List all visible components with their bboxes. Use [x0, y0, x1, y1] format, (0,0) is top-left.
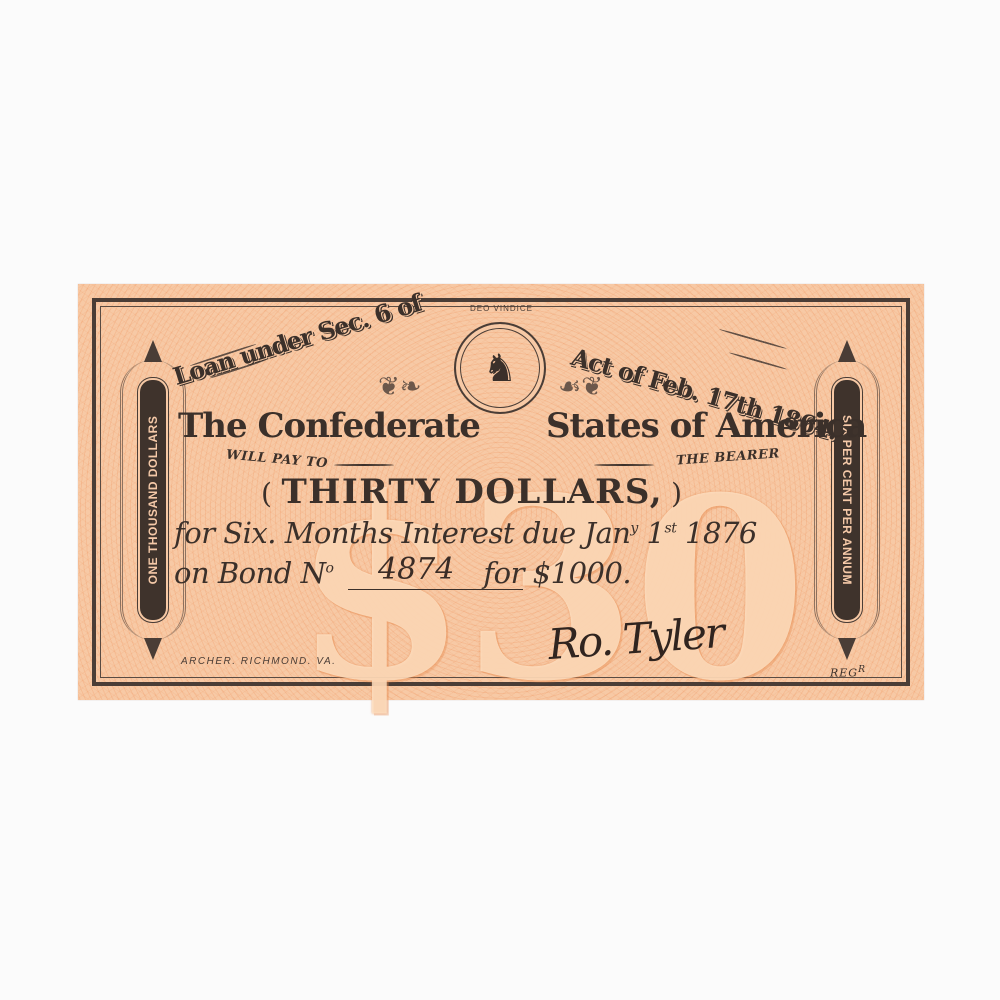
right-ornamental-panel: SIX PER CENT PER ANNUM: [828, 340, 866, 660]
finial-icon: [144, 340, 162, 362]
seal-motto: DEO VINDICE: [470, 304, 533, 313]
scrollwork-ornament-icon: ❦❧: [378, 372, 422, 402]
bond-number-handwritten: 4874: [378, 552, 454, 587]
finial-icon: [838, 638, 856, 660]
registrar-text: REG: [830, 667, 858, 680]
interest-year: 1876: [676, 516, 757, 550]
finial-icon: [144, 638, 162, 660]
left-panel-text: ONE THOUSAND DOLLARS: [146, 416, 160, 585]
amount-line: (THIRTY DOLLARS,): [253, 472, 692, 512]
finial-icon: [838, 340, 856, 362]
left-ornamental-panel: ONE THOUSAND DOLLARS: [134, 340, 172, 660]
registrar-label: REGR: [830, 664, 866, 680]
interest-sup: st: [665, 520, 677, 536]
registrar-sup: R: [858, 664, 866, 675]
paren-open: (: [261, 477, 273, 510]
paren-close: ): [671, 477, 683, 510]
interest-day: 1: [638, 516, 665, 550]
interest-due-line: for Six. Months Interest due Jany 1st 18…: [174, 516, 757, 550]
bond-face-value: for $1000.: [483, 556, 631, 590]
bond-prefix: on Bond N: [174, 556, 325, 590]
issuer-right: States of America: [546, 406, 866, 446]
printer-imprint: ARCHER. RICHMOND. VA.: [181, 656, 336, 667]
issuer-left: The Confederate: [178, 406, 480, 446]
confederate-seal: ♞: [454, 322, 546, 414]
bond-coupon: $30 ONE THOUSAND DOLLARS SIX PER CENT PE…: [78, 284, 924, 700]
swash-line: [594, 464, 654, 466]
swash-line: [334, 464, 394, 466]
amount-text: THIRTY DOLLARS,: [281, 472, 663, 512]
interest-prefix: for Six. Months Interest due Jan: [174, 516, 630, 550]
bond-number-underline: [348, 589, 523, 590]
horseman-seal-icon: ♞: [483, 349, 517, 387]
interest-sup: y: [630, 520, 637, 536]
left-panel-band: ONE THOUSAND DOLLARS: [140, 380, 166, 620]
bond-sup: o: [325, 560, 333, 576]
